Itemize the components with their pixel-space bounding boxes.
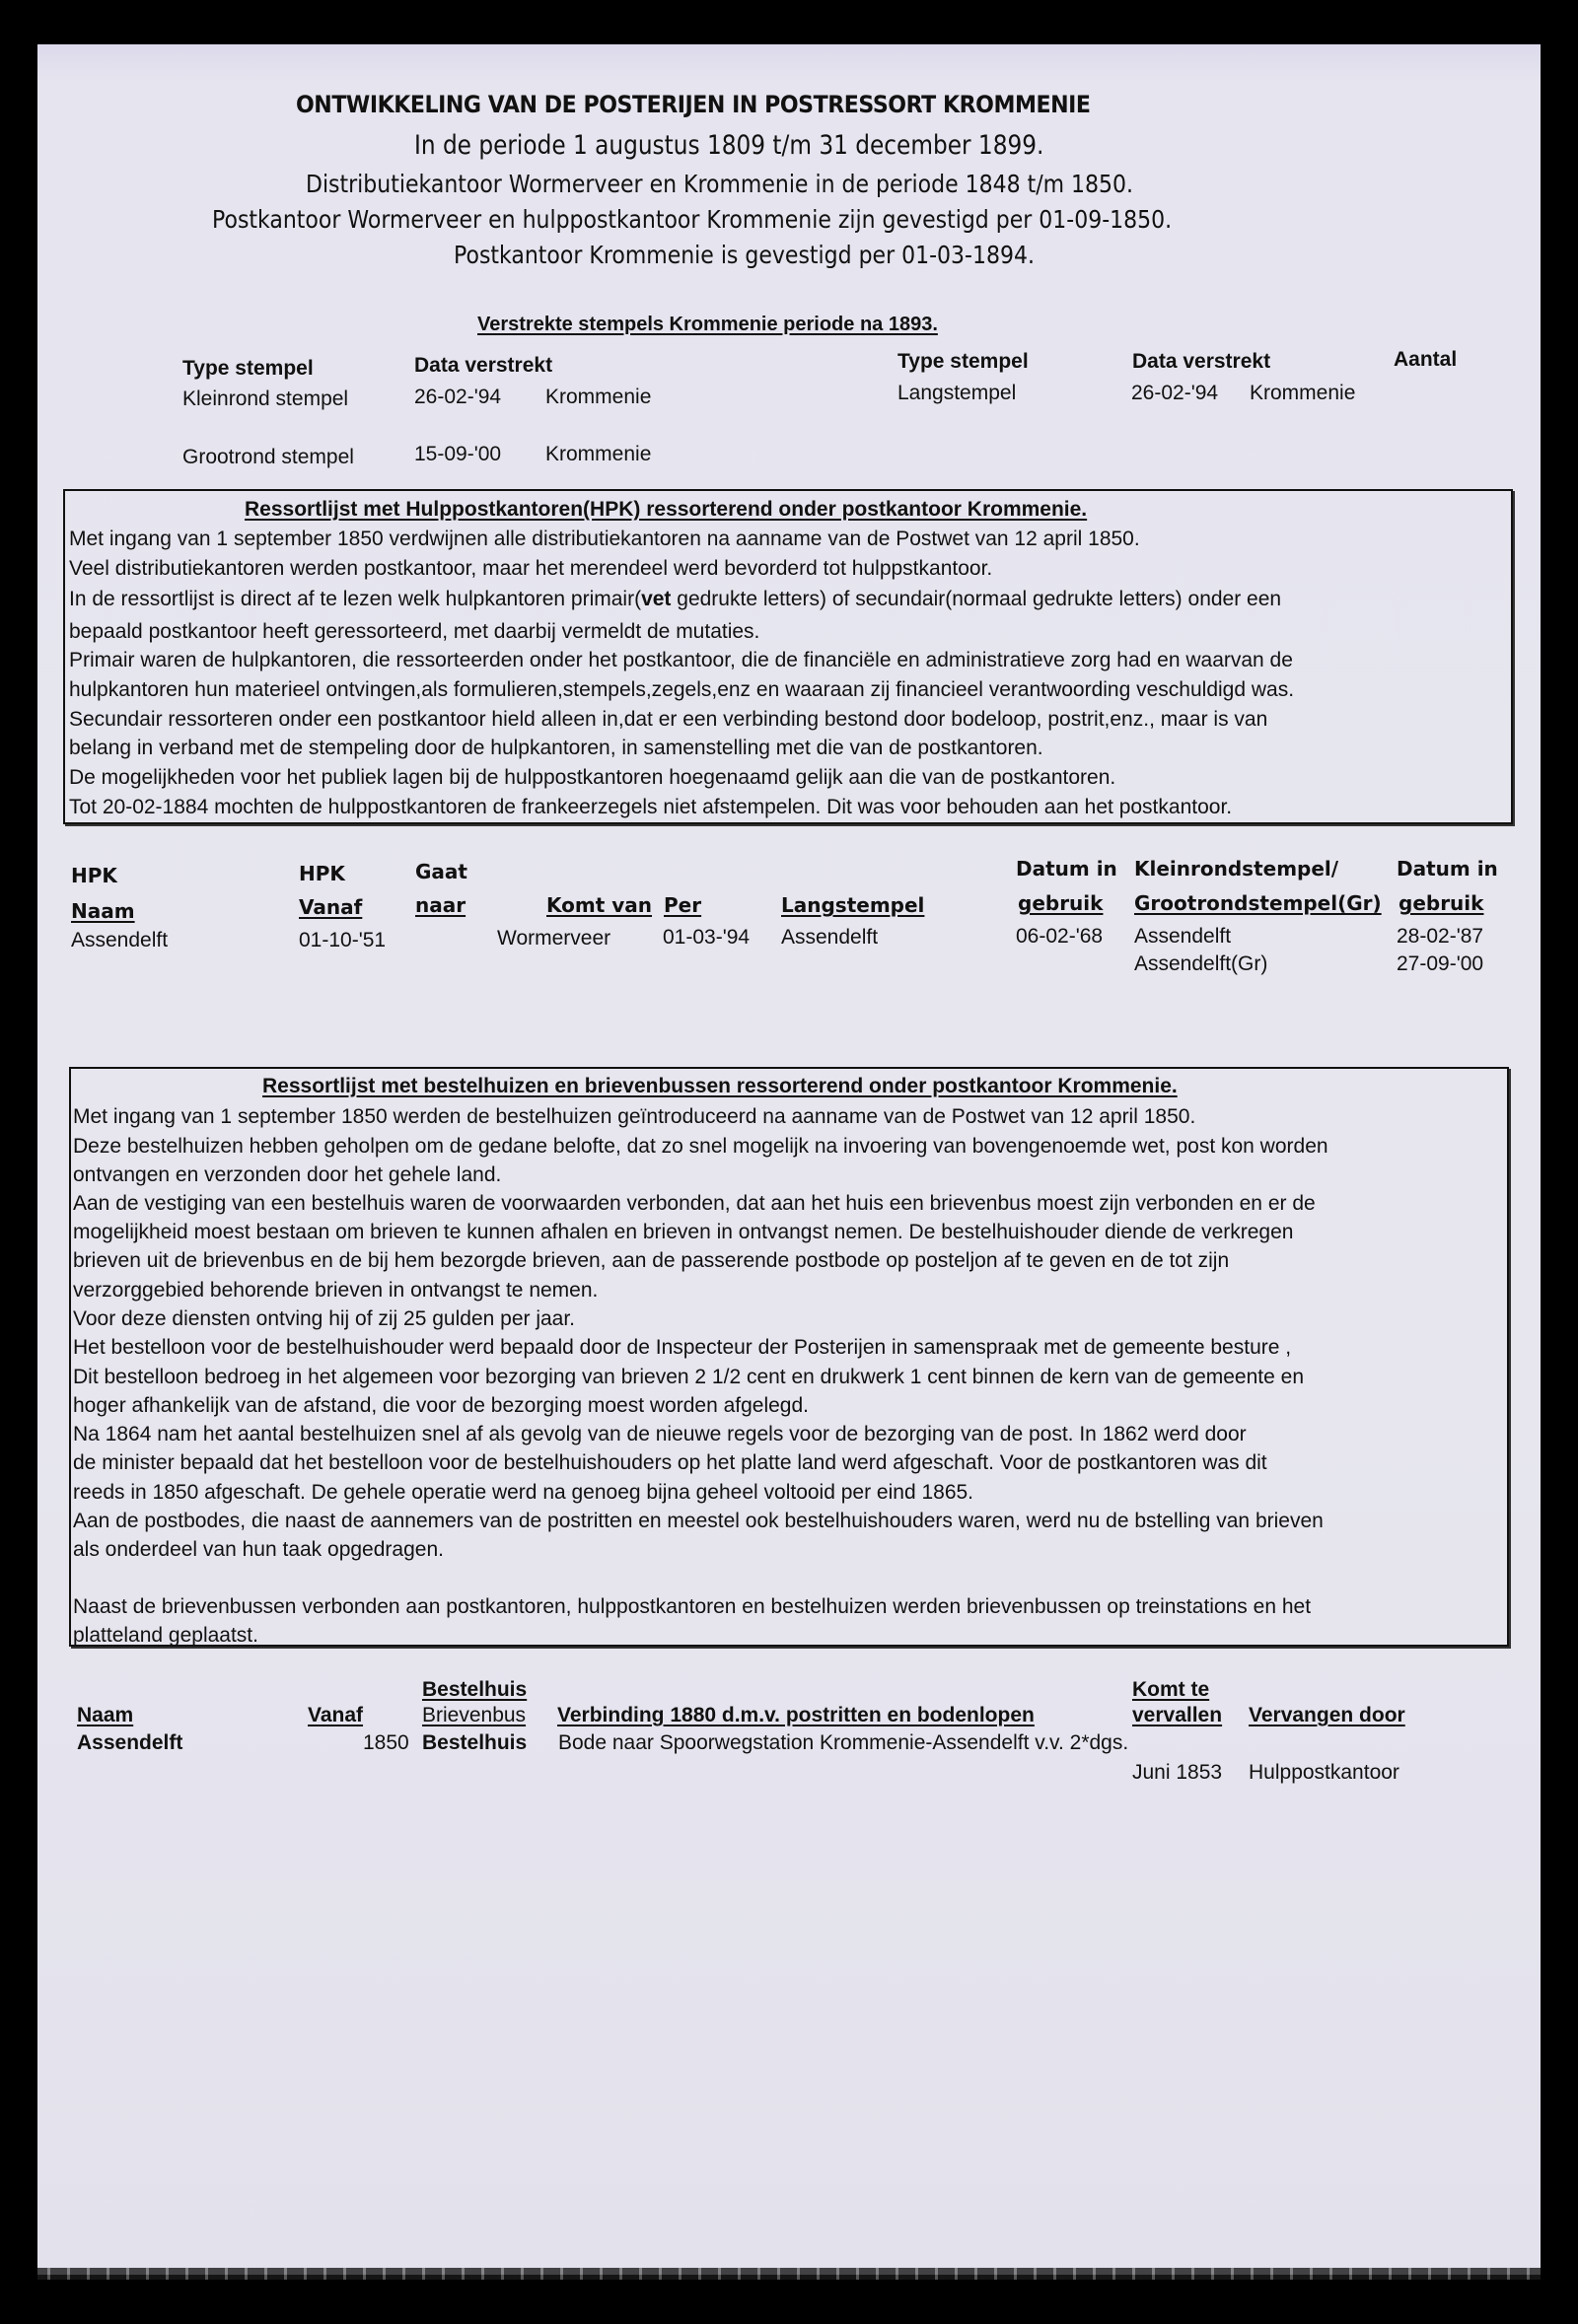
hpk-row-kleinrond: Assendelft(Gr) <box>1134 952 1267 976</box>
hpk-box-line: Veel distributiekantoren werden postkant… <box>69 554 992 584</box>
stamps-header-type: Type stempel <box>182 357 314 381</box>
hpk-box-line-bold: vet <box>641 588 671 610</box>
hpk-row-komt: Wormerveer <box>497 927 610 951</box>
hpk-box-title: Ressortlijst met Hulppostkantoren(HPK) r… <box>245 498 1087 522</box>
bestel-box-line: Het bestelloon voor de bestelhuishouder … <box>73 1333 1291 1363</box>
hpk-col-vanaf: Vanaf <box>299 895 362 919</box>
hpk-row-datum2: 27-09-'00 <box>1397 952 1483 976</box>
hpk-box-line-part: gedrukte letters) of secundair(normaal g… <box>671 588 1281 610</box>
stamp-place-right: Krommenie <box>1250 382 1355 405</box>
hpk-box-line-part: In de ressortlijst is direct af te lezen… <box>69 588 641 610</box>
stamp-type: Kleinrond stempel <box>182 387 348 411</box>
stamp-date: 15-09-'00 <box>414 443 501 466</box>
bestel-box-title: Ressortlijst met bestelhuizen en brieven… <box>262 1075 1178 1098</box>
bestel-row-vervangen: Hulppostkantoor <box>1249 1761 1399 1785</box>
hpk-col-per: Per <box>664 893 701 917</box>
bestel-box-line: de minister bepaald dat het bestelloon v… <box>73 1448 1267 1478</box>
hpk-col-datum2-top: Datum in <box>1397 857 1498 880</box>
page-binding-edge <box>37 2268 1541 2280</box>
stamps-section-title: Verstrekte stempels Krommenie periode na… <box>477 314 938 336</box>
hpk-box-line: Met ingang van 1 september 1850 verdwijn… <box>69 525 1140 554</box>
hpk-row-datum2: 28-02-'87 <box>1397 925 1483 949</box>
krommenie-line: Postkantoor Krommenie is gevestigd per 0… <box>454 241 1035 269</box>
stamp-type-right: Langstempel <box>897 382 1016 405</box>
stamp-type: Grootrond stempel <box>182 446 354 469</box>
bestel-box-line: hoger afhankelijk van de afstand, die vo… <box>73 1391 809 1421</box>
hpk-row-vanaf: 01-10-'51 <box>299 929 386 952</box>
bestel-box-line: Met ingang van 1 september 1850 werden d… <box>73 1102 1195 1132</box>
hpk-col-gaat: naar <box>415 893 466 917</box>
bestel-box-line: Aan de vestiging van een bestelhuis ware… <box>73 1189 1316 1219</box>
hpk-col-komt: Komt van <box>546 893 652 917</box>
hpk-row-per: 01-03-'94 <box>663 926 750 950</box>
hpk-box-line: Primair waren de hulpkantoren, die resso… <box>69 646 1293 675</box>
hpk-row-kleinrond: Assendelft <box>1134 925 1231 949</box>
bestel-box-line: Voor deze diensten ontving hij of zij 25… <box>73 1304 575 1334</box>
bestel-box-line: verzorggebied behorende brieven in ontva… <box>73 1276 598 1305</box>
bestel-row-verbinding: Bode naar Spoorwegstation Krommenie-Asse… <box>558 1731 1128 1755</box>
hpk-box-line: De mogelijkheden voor het publiek lagen … <box>69 763 1115 793</box>
stamp-place: Krommenie <box>545 386 651 409</box>
bestel-col-verbinding: Verbinding 1880 d.m.v. postritten en bod… <box>557 1704 1035 1727</box>
stamps-header-count: Aantal <box>1394 348 1457 372</box>
bestel-row-komt: Juni 1853 <box>1132 1761 1222 1785</box>
bestel-box-line: Deze bestelhuizen hebben geholpen om de … <box>73 1132 1328 1162</box>
stamps-header-type-right: Type stempel <box>897 350 1029 374</box>
hpk-col-datum1: gebruik <box>1018 891 1103 915</box>
stamps-header-date-right: Data verstrekt <box>1132 350 1270 374</box>
hpk-col-naam: Naam <box>71 899 135 923</box>
hpk-row-naam: Assendelft <box>71 929 168 952</box>
postkantoor-line: Postkantoor Wormerveer en hulppostkantoo… <box>212 205 1172 234</box>
hpk-col-datum1-top: Datum in <box>1016 857 1117 880</box>
bestel-box-line: Dit bestelloon bedroeg in het algemeen v… <box>73 1363 1304 1392</box>
hpk-box-line: hulpkantoren hun materieel ontvingen,als… <box>69 675 1294 705</box>
stamp-date-right: 26-02-'94 <box>1131 382 1218 405</box>
period-line: In de periode 1 augustus 1809 t/m 31 dec… <box>414 130 1043 161</box>
hpk-box-line: belang in verband met de stempeling door… <box>69 734 1043 763</box>
bestel-box-line: brieven uit de brievenbus en de bij hem … <box>73 1246 1229 1276</box>
bestel-box-line: reeds in 1850 afgeschaft. De gehele oper… <box>73 1478 973 1508</box>
hpk-col-datum2: gebruik <box>1399 891 1483 915</box>
bestel-box-line: ontvangen en verzonden door het gehele l… <box>73 1161 501 1190</box>
page-title: ONTWIKKELING VAN DE POSTERIJEN IN POSTRE… <box>296 91 1091 118</box>
hpk-box-line: Tot 20-02-1884 mochten de hulppostkantor… <box>69 793 1232 822</box>
hpk-col-kleinrond-top: Kleinrondstempel/ <box>1134 857 1338 880</box>
bestel-box-line: platteland geplaatst. <box>73 1621 258 1651</box>
bestel-box-line: Naast de brievenbussen verbonden aan pos… <box>73 1592 1311 1622</box>
hpk-box-line: Secundair ressorteren onder een postkant… <box>69 705 1267 735</box>
hpk-col-vanaf-top: HPK <box>299 862 345 885</box>
hpk-box-line: In de ressortlijst is direct af te lezen… <box>69 585 1281 614</box>
hpk-row-datum1: 06-02-'68 <box>1016 925 1103 949</box>
bestel-col-naam: Naam <box>77 1704 133 1727</box>
bestel-box-line: als onderdeel van hun taak opgedragen. <box>73 1535 444 1565</box>
hpk-box-line: bepaald postkantoor heeft geressorteerd,… <box>69 617 759 647</box>
distributie-line: Distributiekantoor Wormerveer en Krommen… <box>306 170 1133 198</box>
bestel-col-vanaf: Vanaf <box>308 1704 363 1727</box>
bestel-col-type-top: Bestelhuis <box>422 1678 527 1702</box>
hpk-col-kleinrond: Grootrondstempel(Gr) <box>1134 891 1382 915</box>
bestel-col-type: Brievenbus <box>422 1704 526 1727</box>
stamps-header-date: Data verstrekt <box>414 354 552 378</box>
bestel-row-naam: Assendelft <box>77 1731 182 1755</box>
hpk-col-naam-top: HPK <box>71 864 117 887</box>
bestel-row-type: Bestelhuis <box>422 1731 527 1755</box>
bestel-box-line: Na 1864 nam het aantal bestelhuizen snel… <box>73 1420 1247 1449</box>
bestel-col-vervangen: Vervangen door <box>1249 1704 1405 1727</box>
bestel-row-vanaf: 1850 <box>363 1731 409 1755</box>
bestel-box-line: Aan de postbodes, die naast de aannemers… <box>73 1507 1324 1536</box>
bestel-col-komt-top: Komt te <box>1132 1678 1209 1702</box>
hpk-row-langstempel: Assendelft <box>781 926 878 950</box>
stamp-place: Krommenie <box>545 443 651 466</box>
bestel-box-line: mogelijkheid moest bestaan om brieven te… <box>73 1218 1293 1247</box>
stamp-date: 26-02-'94 <box>414 386 501 409</box>
bestel-col-komt: vervallen <box>1132 1704 1222 1727</box>
hpk-col-gaat-top: Gaat <box>415 860 467 883</box>
hpk-col-langstempel: Langstempel <box>781 893 924 917</box>
